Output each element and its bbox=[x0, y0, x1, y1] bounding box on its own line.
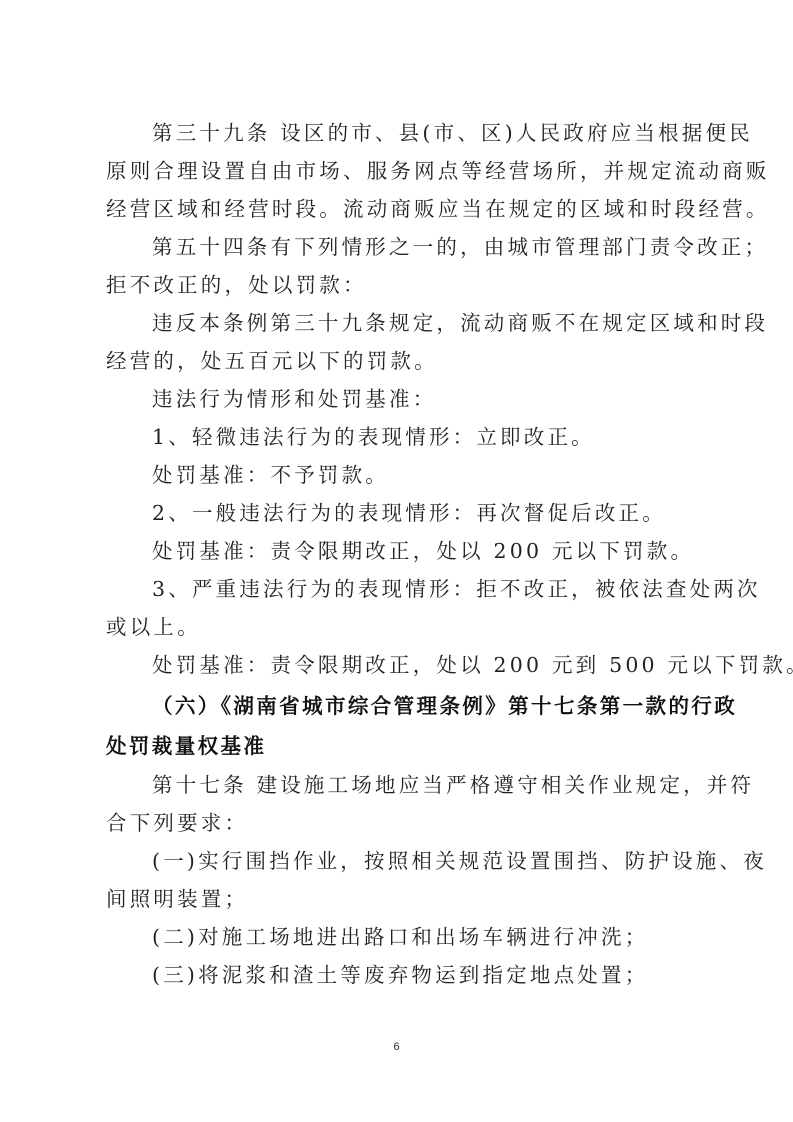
paragraph-minor-case: 1、轻微违法行为的表现情形：立即改正。 bbox=[106, 418, 692, 456]
page-number: 6 bbox=[0, 1041, 793, 1053]
paragraph-general-case: 2、一般违法行为的表现情形：再次督促后改正。 bbox=[106, 494, 692, 532]
text-line: 处罚基准：不予罚款。 bbox=[106, 456, 692, 494]
text-line: 经营的，处五百元以下的罚款。 bbox=[106, 342, 692, 380]
text-line: 原则合理设置自由市场、服务网点等经营场所，并规定流动商贩 bbox=[106, 152, 692, 190]
paragraph-criteria-intro: 违法行为情形和处罚基准： bbox=[106, 380, 692, 418]
text-line: 第五十四条有下列情形之一的，由城市管理部门责令改正； bbox=[106, 228, 692, 266]
document-page: 第三十九条 设区的市、县(市、区)人民政府应当根据便民 原则合理设置自由市场、服… bbox=[0, 0, 793, 1122]
text-line: (一)实行围挡作业，按照相关规范设置围挡、防护设施、夜 bbox=[106, 842, 692, 880]
text-line: 拒不改正的，处以罚款： bbox=[106, 266, 692, 304]
text-line: (二)对施工场地进出路口和出场车辆进行冲洗； bbox=[106, 918, 692, 956]
text-line: 第三十九条 设区的市、县(市、区)人民政府应当根据便民 bbox=[106, 114, 692, 152]
heading-line: （六）《湖南省城市综合管理条例》第十七条第一款的行政 bbox=[106, 686, 692, 726]
section-heading-6: （六）《湖南省城市综合管理条例》第十七条第一款的行政 处罚裁量权基准 bbox=[106, 686, 692, 766]
paragraph-article-54: 第五十四条有下列情形之一的，由城市管理部门责令改正； 拒不改正的，处以罚款： bbox=[106, 228, 692, 304]
paragraph-violation-penalty: 违反本条例第三十九条规定，流动商贩不在规定区域和时段 经营的，处五百元以下的罚款… bbox=[106, 304, 692, 380]
text-line: 违反本条例第三十九条规定，流动商贩不在规定区域和时段 bbox=[106, 304, 692, 342]
paragraph-general-penalty: 处罚基准：责令限期改正，处以 200 元以下罚款。 bbox=[106, 532, 692, 570]
text-line: 间照明装置； bbox=[106, 880, 692, 918]
document-body: 第三十九条 设区的市、县(市、区)人民政府应当根据便民 原则合理设置自由市场、服… bbox=[106, 114, 692, 994]
paragraph-item-2: (二)对施工场地进出路口和出场车辆进行冲洗； bbox=[106, 918, 692, 956]
text-line: 3、严重违法行为的表现情形：拒不改正，被依法查处两次 bbox=[106, 570, 692, 608]
text-line: (三)将泥浆和渣土等废弃物运到指定地点处置； bbox=[106, 956, 692, 994]
paragraph-serious-penalty: 处罚基准：责令限期改正，处以 200 元到 500 元以下罚款。 bbox=[106, 646, 692, 684]
paragraph-article-39: 第三十九条 设区的市、县(市、区)人民政府应当根据便民 原则合理设置自由市场、服… bbox=[106, 114, 692, 228]
paragraph-article-17: 第十七条 建设施工场地应当严格遵守相关作业规定，并符 合下列要求： bbox=[106, 766, 692, 842]
paragraph-item-1: (一)实行围挡作业，按照相关规范设置围挡、防护设施、夜 间照明装置； bbox=[106, 842, 692, 918]
heading-line: 处罚裁量权基准 bbox=[106, 726, 692, 766]
text-line: 1、轻微违法行为的表现情形：立即改正。 bbox=[106, 418, 692, 456]
text-line: 第十七条 建设施工场地应当严格遵守相关作业规定，并符 bbox=[106, 766, 692, 804]
paragraph-serious-case: 3、严重违法行为的表现情形：拒不改正，被依法查处两次 或以上。 bbox=[106, 570, 692, 646]
text-line: 经营区域和经营时段。流动商贩应当在规定的区域和时段经营。 bbox=[106, 190, 692, 228]
paragraph-minor-penalty: 处罚基准：不予罚款。 bbox=[106, 456, 692, 494]
text-line: 2、一般违法行为的表现情形：再次督促后改正。 bbox=[106, 494, 692, 532]
text-line: 违法行为情形和处罚基准： bbox=[106, 380, 692, 418]
paragraph-item-3: (三)将泥浆和渣土等废弃物运到指定地点处置； bbox=[106, 956, 692, 994]
text-line: 或以上。 bbox=[106, 608, 692, 646]
text-line: 处罚基准：责令限期改正，处以 200 元到 500 元以下罚款。 bbox=[106, 646, 692, 684]
text-line: 处罚基准：责令限期改正，处以 200 元以下罚款。 bbox=[106, 532, 692, 570]
text-line: 合下列要求： bbox=[106, 804, 692, 842]
